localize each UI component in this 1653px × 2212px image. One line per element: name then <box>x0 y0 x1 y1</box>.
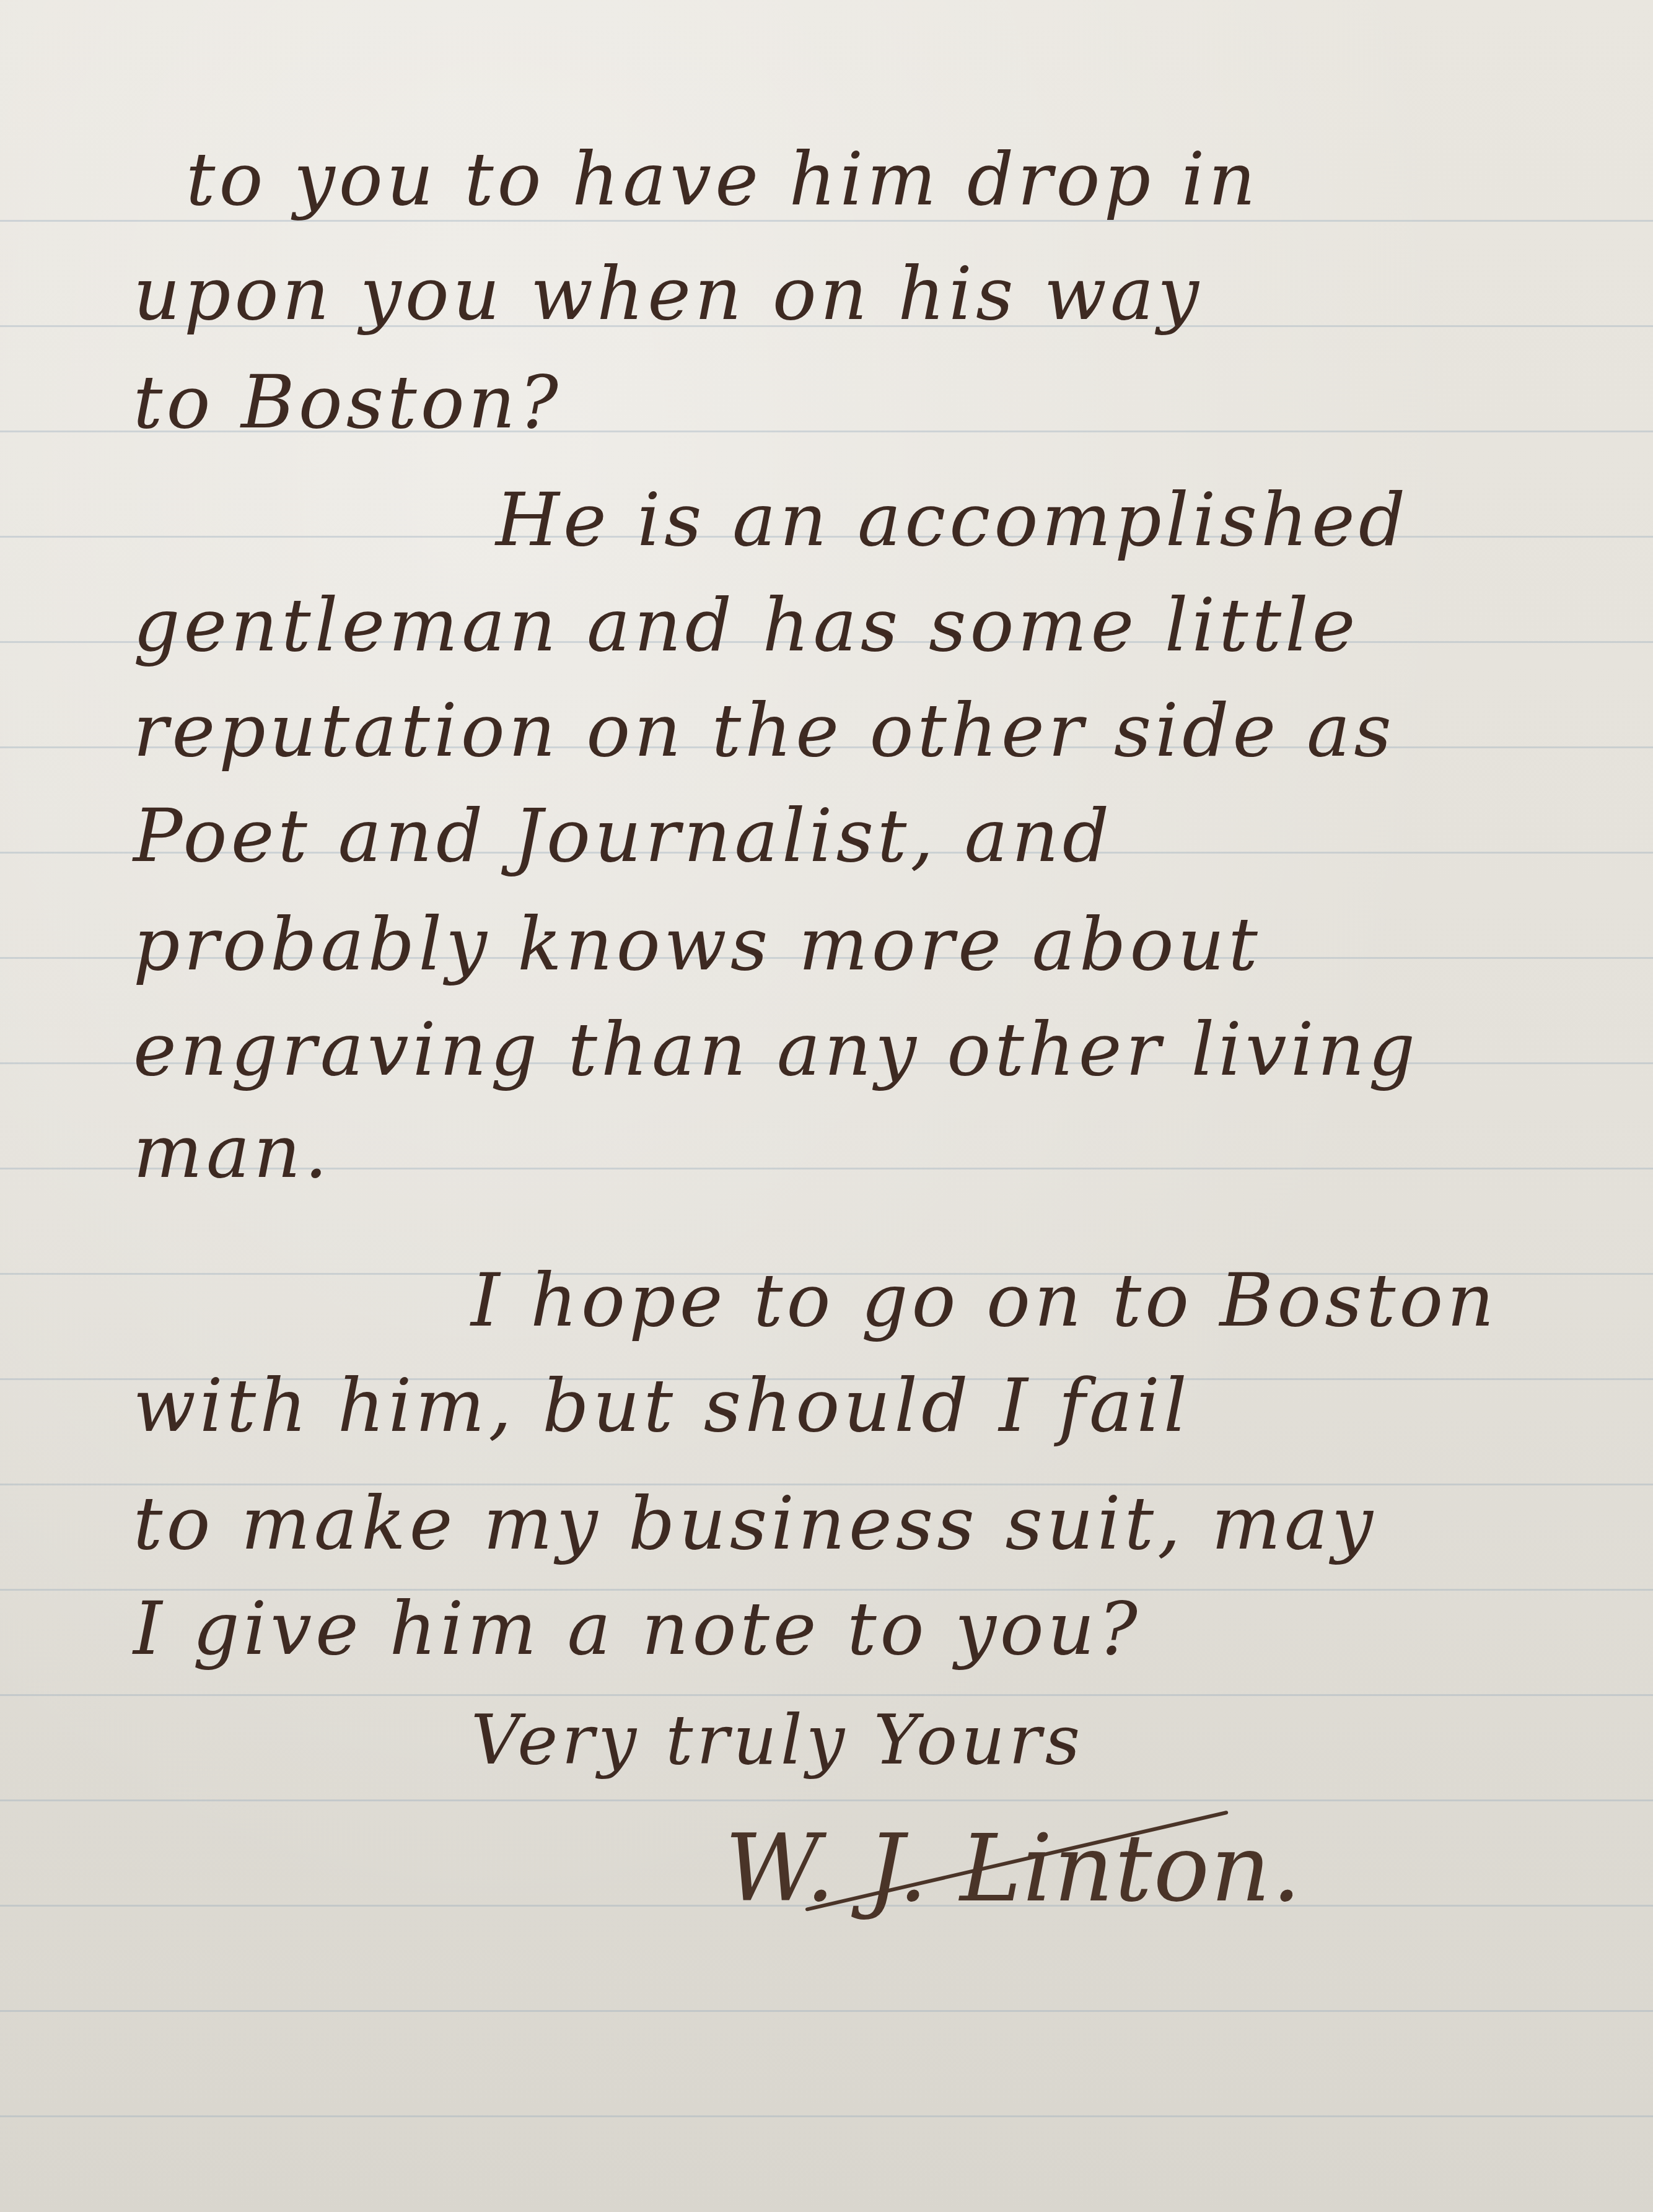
letter-closing: Very truly Yours <box>471 1700 1084 1780</box>
letter-page: to you to have him drop in upon you when… <box>0 0 1653 2212</box>
letter-line: man. <box>133 1109 331 1194</box>
letter-line: Poet and Journalist, and <box>133 793 1113 878</box>
letter-line: to make my business suit, may <box>133 1480 1377 1566</box>
letter-line: to you to have him drop in <box>186 136 1259 222</box>
ruled-line <box>0 2010 1653 2012</box>
letter-line: probably knows more about <box>133 901 1261 987</box>
ruled-line <box>0 1694 1653 1696</box>
letter-line: I give him a note to you? <box>133 1586 1141 1671</box>
letter-line: He is an accomplished <box>496 477 1409 562</box>
ruled-line <box>0 1799 1653 1801</box>
letter-line: engraving than any other living <box>133 1007 1419 1092</box>
letter-line: I hope to go on to Boston <box>471 1257 1497 1343</box>
letter-line: gentleman and has some little <box>133 582 1359 668</box>
letter-line: to Boston? <box>133 359 562 445</box>
letter-line: with him, but should I fail <box>133 1363 1191 1448</box>
ruled-line <box>0 2115 1653 2117</box>
letter-line: upon you when on his way <box>133 251 1203 336</box>
letter-line: reputation on the other side as <box>133 688 1395 773</box>
